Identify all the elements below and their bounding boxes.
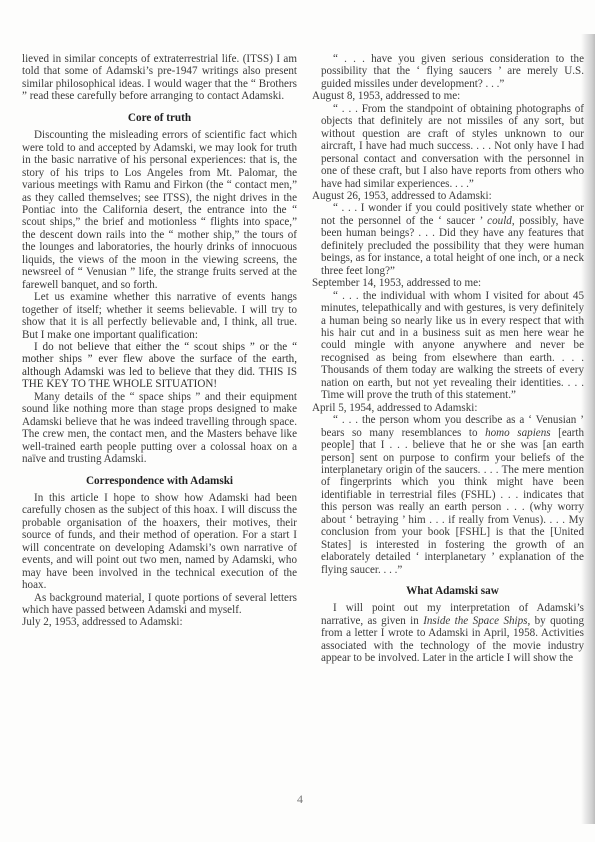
book-title: Inside the Space Ships xyxy=(423,615,527,627)
letter-quote: “ . . . the person whom you describe as … xyxy=(321,414,584,576)
section-heading: Core of truth xyxy=(22,112,297,124)
letter-quote: “ . . . From the standpoint of obtaining… xyxy=(321,103,584,190)
paragraph: lieved in similar concepts of extraterre… xyxy=(22,53,297,103)
paragraph: Discounting the misleading errors of sci… xyxy=(22,129,297,291)
paragraph: Let us examine whether this narrative of… xyxy=(22,291,297,341)
letter-quote: “ . . . have you given serious considera… xyxy=(321,53,584,90)
left-column: lieved in similar concepts of extraterre… xyxy=(22,53,297,629)
quote-text: [earth people] that I . . . believe that… xyxy=(321,427,584,576)
letter-date: July 2, 1953, addressed to Adamski: xyxy=(22,616,297,628)
section-heading: What Adamski saw xyxy=(321,585,584,597)
letter-date: August 8, 1953, addressed to me: xyxy=(312,90,584,102)
paragraph: In this article I hope to show how Adams… xyxy=(22,492,297,592)
paragraph: Many details of the “ space ships ” and … xyxy=(22,391,297,466)
emphasis: could xyxy=(487,215,512,227)
letter-date: September 14, 1953, addressed to me: xyxy=(312,277,584,289)
paragraph: I will point out my interpretation of Ad… xyxy=(321,602,584,664)
paragraph: I do not believe that either the “ scout… xyxy=(22,341,297,391)
emphasis: homo sapiens xyxy=(485,427,551,439)
section-heading: Correspondence with Adamski xyxy=(22,475,297,487)
letter-date: April 5, 1954, addressed to Adamski: xyxy=(312,402,584,414)
paragraph: As background material, I quote portions… xyxy=(22,592,297,617)
letter-date: August 26, 1953, addressed to Adamski: xyxy=(312,190,584,202)
letter-quote: “ . . . I wonder if you could positively… xyxy=(321,202,584,277)
right-column: “ . . . have you given serious considera… xyxy=(321,53,584,665)
letter-quote: “ . . . the individual with whom I visit… xyxy=(321,290,584,402)
page-number: 4 xyxy=(297,792,303,807)
